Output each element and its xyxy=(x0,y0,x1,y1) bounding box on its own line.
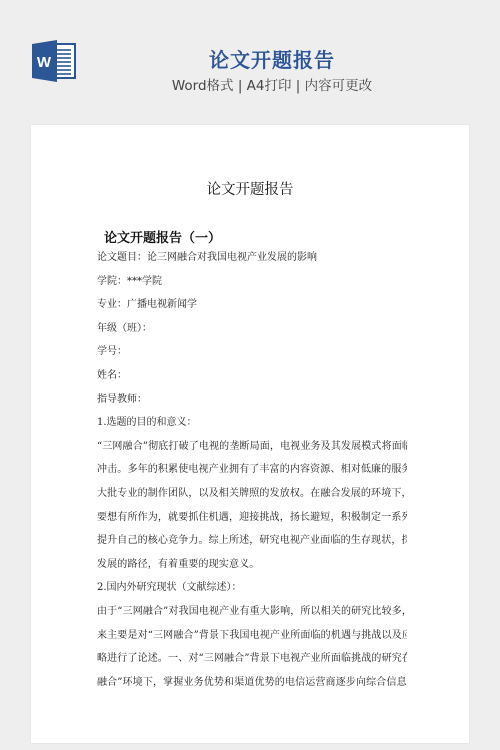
paragraph-line: 融合”环境下，掌握业务优势和渠道优势的电信运营商逐步向综合信息服务提供 xyxy=(97,675,407,699)
field-college: 学院：***学院 xyxy=(97,274,407,298)
paragraph-line: 冲击。多年的积累使电视产业拥有了丰富的内容资源、相对低廉的服务资源、一 xyxy=(97,462,407,486)
field-advisor: 指导教师： xyxy=(97,392,407,416)
paragraph-line: “三网融合”彻底打破了电视的垄断局面，电视业务及其发展模式将面临较大的 xyxy=(97,439,407,463)
paragraph-line: 提升自己的核心竞争力。综上所述，研究电视产业面临的生存现状，探究其寻求 xyxy=(97,533,407,557)
document-body: 论文题目：论三网融合对我国电视产业发展的影响 学院：***学院 专业：广播电视新… xyxy=(97,250,407,698)
document-page-preview: 论文开题报告 论文开题报告（一） 论文题目：论三网融合对我国电视产业发展的影响 … xyxy=(31,125,469,743)
paragraph-line: 大批专业的制作团队，以及相关牌照的发放权。在融合发展的环境下，电视媒体 xyxy=(97,486,407,510)
field-grade-class: 年级（班）： xyxy=(97,321,407,345)
field-thesis-title: 论文题目：论三网融合对我国电视产业发展的影响 xyxy=(97,250,407,274)
header-subtitle: Word格式 | A4打印 | 内容可更改 xyxy=(0,74,500,94)
paragraph-line: 由于“三网融合”对我国电视产业有重大影响，所以相关的研究比较多，综合起 xyxy=(97,604,407,628)
section-heading: 论文开题报告（一） xyxy=(104,227,221,246)
section1-heading: 1.选题的目的和意义： xyxy=(97,415,407,439)
field-student-id: 学号： xyxy=(97,344,407,368)
paragraph-line: 略进行了论述。一、对“三网融合”背景下电视产业所面临挑战的研究在“三网 xyxy=(97,651,407,675)
paragraph-line: 要想有所作为，就要抓住机遇，迎接挑战，扬长避短，积极制定一系列应对政策， xyxy=(97,510,407,534)
field-name: 姓名： xyxy=(97,368,407,392)
field-major: 专业：广播电视新闻学 xyxy=(97,297,407,321)
paragraph-line: 发展的路径，有着重要的现实意义。 xyxy=(97,557,407,581)
document-title: 论文开题报告 xyxy=(31,178,469,199)
header-title: 论文开题报告 xyxy=(0,44,500,73)
section2-heading: 2.国内外研究现状（文献综述）： xyxy=(97,580,407,604)
paragraph-line: 来主要是对“三网融合”背景下我国电视产业所面临的机遇与挑战以及应对策 xyxy=(97,628,407,652)
